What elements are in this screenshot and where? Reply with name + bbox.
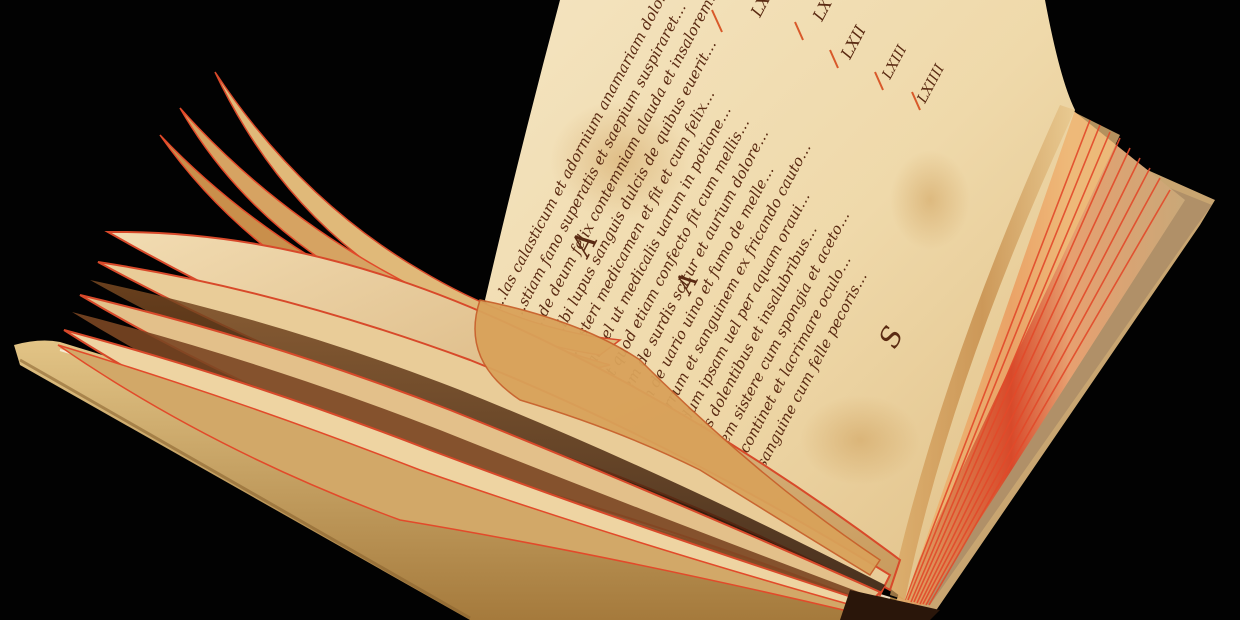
manuscript-photo: …las calasticum et adornium anamariam do… — [0, 0, 1240, 620]
manuscript-illustration: …las calasticum et adornium anamariam do… — [0, 0, 1240, 620]
